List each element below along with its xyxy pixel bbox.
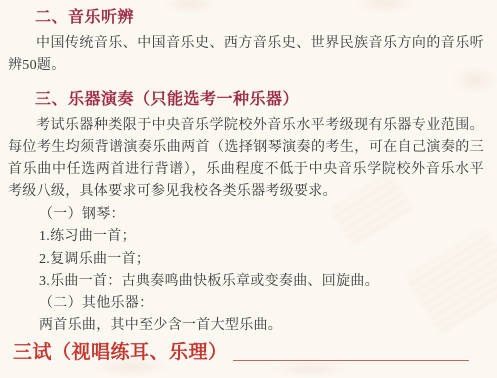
section-paragraph-instrument-performance: 考试乐器种类限于中央音乐学院校外音乐水平考级现有乐器专业范围。每位考生均须背谱演… — [8, 115, 484, 203]
section-heading-music-listening: 二、音乐听辨 — [35, 8, 484, 28]
list-item-other-instruments-label: （二）其他乐器： — [39, 293, 484, 315]
footer-rule-line — [233, 360, 469, 361]
section-heading-instrument-performance: 三、乐器演奏（只能选考一种乐器） — [35, 90, 484, 110]
repertoire-list: （一）钢琴： 1.练习曲一首； 2.复调乐曲一首； 3.乐曲一首：古典奏鸣曲快板… — [39, 204, 484, 338]
list-item-etude: 1.练习曲一首； — [39, 226, 484, 248]
list-item-piano-label: （一）钢琴： — [39, 204, 484, 226]
page-content: 二、音乐听辨 中国传统音乐、中国音乐史、西方音乐史、世界民族音乐方向的音乐听辨5… — [0, 0, 497, 378]
footer-heading-title: 三试（视唱练耳、乐理） — [13, 341, 233, 365]
list-item-polyphony: 2.复调乐曲一首； — [39, 249, 484, 271]
footer-heading: 三试（视唱练耳、乐理） — [13, 341, 469, 365]
document-page: 二、音乐听辨 中国传统音乐、中国音乐史、西方音乐史、世界民族音乐方向的音乐听辨5… — [0, 0, 497, 378]
list-item-two-pieces: 两首乐曲，其中至少含一首大型乐曲。 — [39, 315, 484, 337]
section-paragraph-music-listening: 中国传统音乐、中国音乐史、西方音乐史、世界民族音乐方向的音乐听辨50题。 — [8, 33, 484, 77]
list-item-piece: 3.乐曲一首：古典奏鸣曲快板乐章或变奏曲、回旋曲。 — [39, 271, 484, 293]
